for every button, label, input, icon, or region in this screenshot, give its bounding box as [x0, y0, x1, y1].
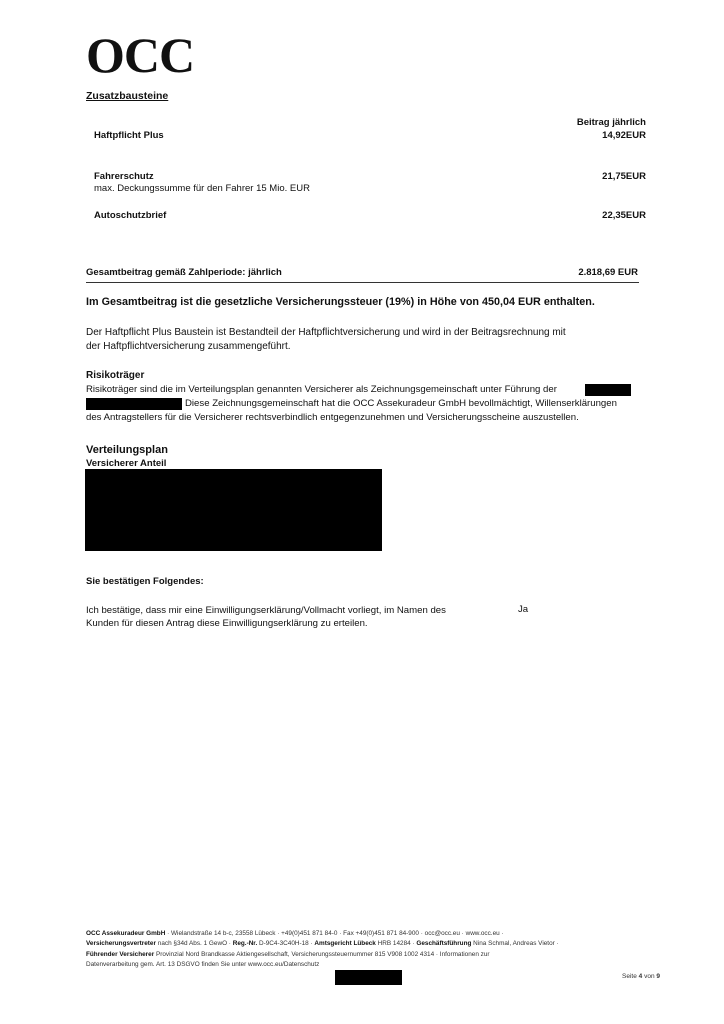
item-name: Haftpflicht Plus: [94, 130, 164, 141]
redaction-block: [86, 398, 182, 410]
risk-title: Risikoträger: [86, 370, 144, 381]
distribution-title: Verteilungsplan: [86, 444, 168, 456]
footer-label: Führender Versicherer: [86, 951, 154, 958]
redaction-block: [585, 384, 631, 396]
item-amount: 21,75EUR: [602, 171, 646, 182]
confirm-text: Ich bestätige, dass mir eine Einwilligun…: [86, 604, 446, 630]
footer-text: Nina Schmal, Andreas Vietor ·: [471, 940, 558, 947]
haftpflicht-note-line: Der Haftpflicht Plus Baustein ist Bestan…: [86, 326, 566, 340]
footer-address: · Wielandstraße 14 b-c, 23558 Lübeck · +…: [165, 930, 503, 937]
confirm-text-line: Kunden für diesen Antrag diese Einwillig…: [86, 617, 446, 630]
risk-text-line: Risikoträger sind die im Verteilungsplan…: [86, 383, 617, 397]
risk-text-line: des Antragstellers für die Versicherer r…: [86, 411, 617, 425]
redaction-block: [335, 970, 402, 985]
haftpflicht-note: Der Haftpflicht Plus Baustein ist Bestan…: [86, 326, 566, 354]
footer-label: Versicherungsvertreter: [86, 940, 156, 947]
column-header: Beitrag jährlich: [577, 117, 646, 128]
item-amount: 14,92EUR: [602, 130, 646, 141]
footer-text: nach §34d Abs. 1 GewO ·: [156, 940, 233, 947]
page-total: 9: [656, 973, 660, 980]
haftpflicht-note-line: der Haftpflichtversicherung zusammengefü…: [86, 340, 566, 354]
occ-logo: OCC: [86, 30, 194, 80]
footer-label: Reg.-Nr.: [233, 940, 258, 947]
item-name: Autoschutzbrief: [94, 210, 166, 221]
page-prefix: Seite: [622, 973, 639, 980]
item-amount: 22,35EUR: [602, 210, 646, 221]
total-amount: 2.818,69 EUR: [578, 267, 638, 278]
item-name: Fahrerschutz: [94, 171, 154, 182]
footer-company: OCC Assekuradeur GmbH: [86, 930, 165, 937]
section-title: Zusatzbausteine: [86, 90, 168, 102]
footer-text: Provinzial Nord Brandkasse Aktiengesells…: [154, 951, 489, 958]
confirm-title: Sie bestätigen Folgendes:: [86, 576, 204, 587]
distribution-header: Versicherer Anteil: [86, 458, 166, 469]
page-number: Seite 4 von 9: [622, 973, 660, 980]
tax-note: Im Gesamtbeitrag ist die gesetzliche Ver…: [86, 296, 595, 308]
footer-text: HRB 14284 ·: [376, 940, 417, 947]
item-detail: max. Deckungssumme für den Fahrer 15 Mio…: [94, 183, 310, 194]
redaction-block: [85, 469, 382, 551]
footer-label: Amtsgericht Lübeck: [314, 940, 375, 947]
confirm-text-line: Ich bestätige, dass mir eine Einwilligun…: [86, 604, 446, 617]
footer-label: Geschäftsführung: [416, 940, 471, 947]
footer-text: D-9C4-3C40H-18 ·: [257, 940, 314, 947]
total-divider: [86, 282, 639, 283]
confirm-answer: Ja: [518, 604, 528, 615]
footer: OCC Assekuradeur GmbH · Wielandstraße 14…: [86, 929, 646, 971]
total-label: Gesamtbeitrag gemäß Zahlperiode: jährlic…: [86, 267, 282, 278]
page-mid: von: [642, 973, 656, 980]
